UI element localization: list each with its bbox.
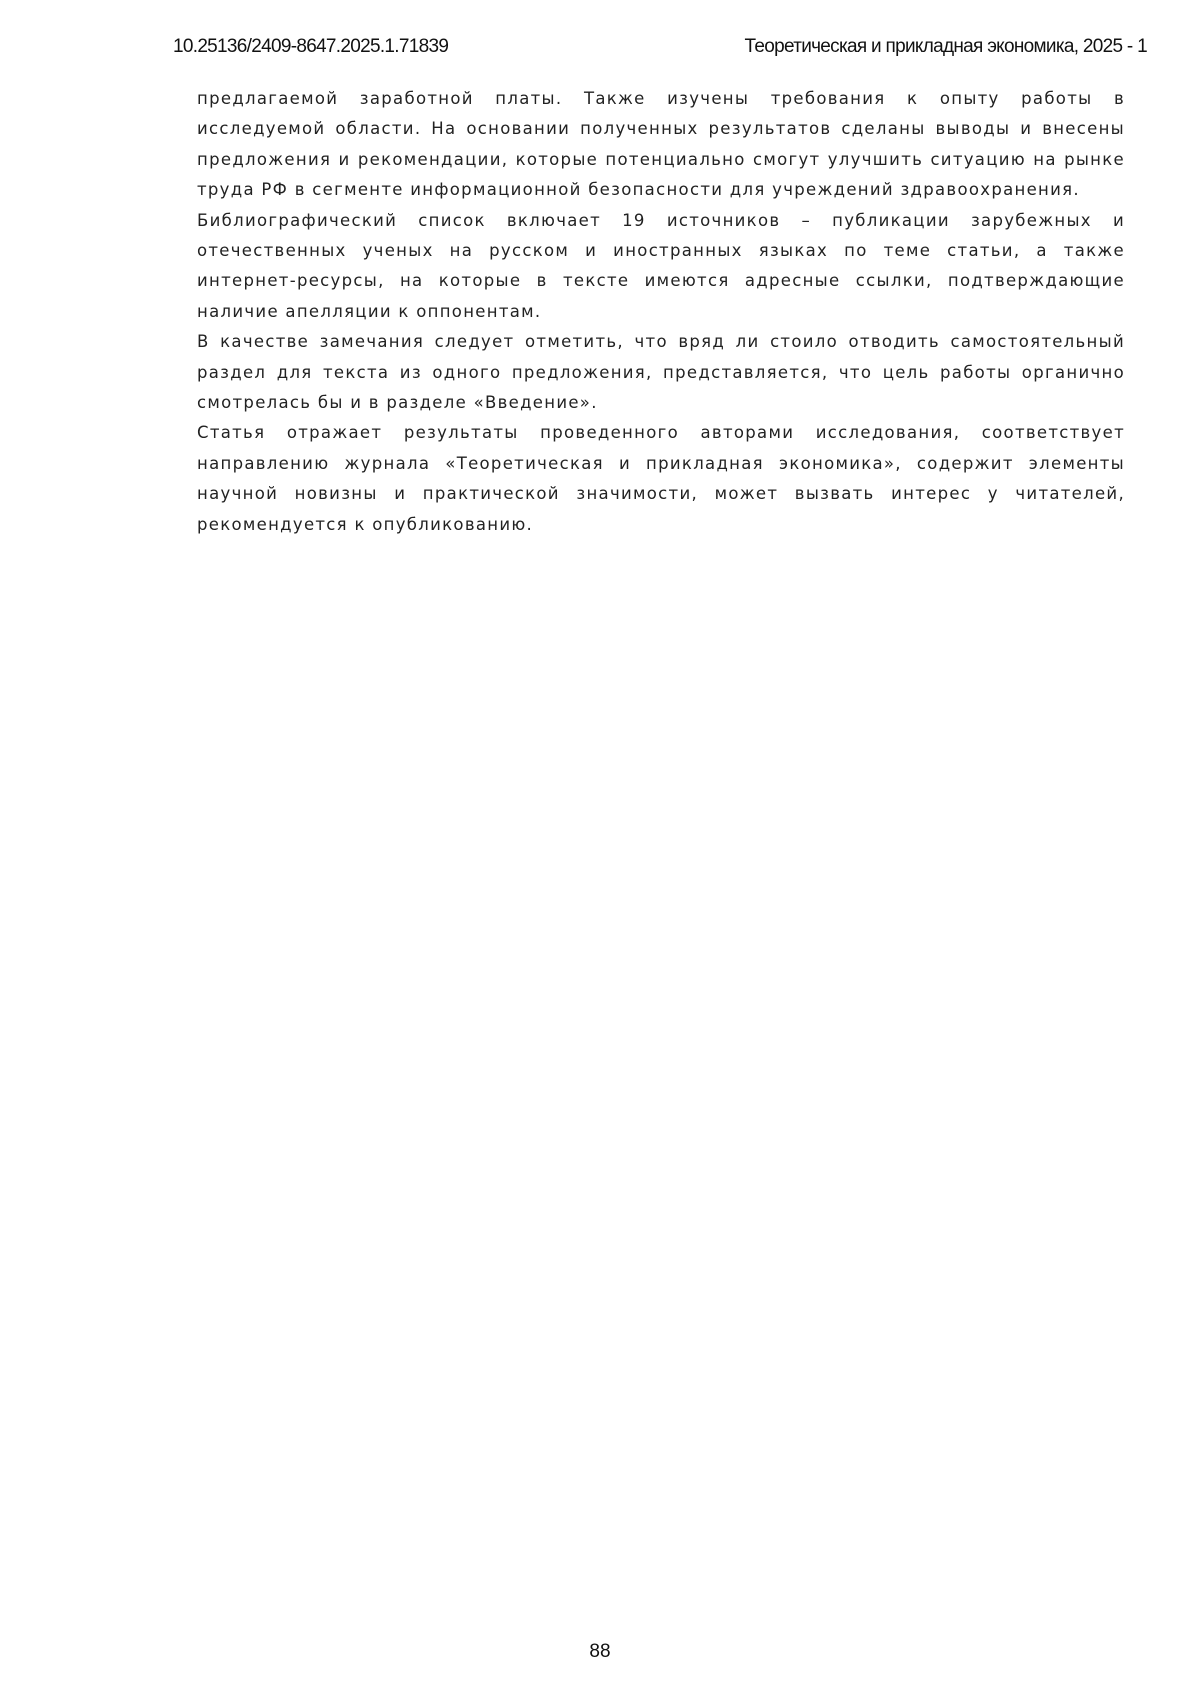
paragraph-conclusion: Статья отражает результаты проведенного … (197, 418, 1125, 540)
doi-label: 10.25136/2409-8647.2025.1.71839 (173, 36, 448, 58)
paragraph-remark: В качестве замечания следует отметить, ч… (197, 327, 1125, 418)
paragraph-salary-experience: предлагаемой заработной платы. Также изу… (197, 84, 1125, 206)
paragraph-bibliography: Библиографический список включает 19 ист… (197, 206, 1125, 328)
page-number: 88 (0, 1641, 1200, 1663)
running-header: 10.25136/2409-8647.2025.1.71839 Теоретич… (0, 36, 1200, 62)
article-body: предлагаемой заработной платы. Также изу… (197, 84, 1125, 540)
journal-title: Теоретическая и прикладная экономика, 20… (745, 36, 1147, 58)
